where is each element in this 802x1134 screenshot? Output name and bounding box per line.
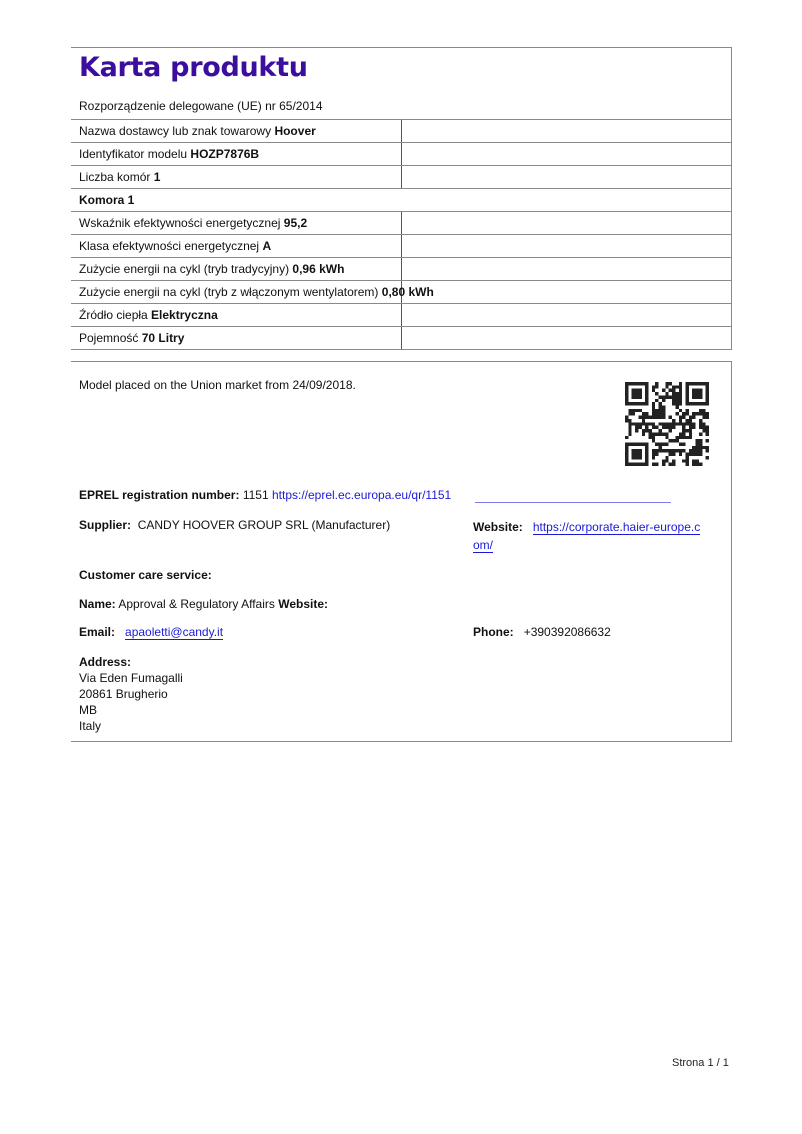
row-value: Hoover (274, 124, 315, 138)
address-line: MB (79, 702, 183, 718)
website-link-continued[interactable]: om/ (473, 538, 493, 553)
table-row: Klasa efektywności energetycznej A (71, 234, 731, 257)
row-label: Zużycie energii na cykl (tryb tradycyjny… (79, 262, 289, 276)
phone-line: Phone: +390392086632 (473, 625, 611, 639)
address-block: Address: Via Eden Fumagalli 20861 Brughe… (79, 654, 183, 734)
email-label: Email: (79, 625, 115, 639)
row-label: Identyfikator modelu (79, 147, 187, 161)
eprel-link[interactable]: https://eprel.ec.europa.eu/qr/1151 (272, 488, 451, 502)
table-row: Zużycie energii na cykl (tryb z włączony… (71, 280, 731, 303)
supplier-info-box: Model placed on the Union market from 24… (71, 361, 732, 742)
row-label: Pojemność (79, 331, 138, 345)
phone-value: +390392086632 (524, 625, 611, 639)
name-label: Name: (79, 597, 116, 611)
table-row: Pojemność 70 Litry (71, 326, 731, 350)
link-underline-divider (475, 502, 671, 503)
website-link[interactable]: https://corporate.haier-europe.c (533, 520, 700, 535)
supplier-label: Supplier: (79, 518, 131, 532)
product-sheet-table: Karta produktu Rozporządzenie delegowane… (71, 47, 732, 350)
table-row: Wskaźnik efektywności energetycznej 95,2 (71, 211, 731, 234)
customer-care-label: Customer care service: (79, 568, 212, 582)
table-row: Źródło ciepła Elektryczna (71, 303, 731, 326)
row-value: A (262, 239, 271, 253)
phone-label: Phone: (473, 625, 514, 639)
row-label: Nazwa dostawcy lub znak towarowy (79, 124, 271, 138)
row-value: HOZP7876B (190, 147, 259, 161)
row-value: Elektryczna (151, 308, 218, 322)
page-number: Strona 1 / 1 (672, 1057, 729, 1069)
website-label: Website: (473, 520, 523, 534)
eprel-label: EPREL registration number: (79, 488, 239, 502)
name-value: Approval & Regulatory Affairs (118, 597, 275, 611)
eprel-number: 1151 (243, 488, 269, 502)
table-row: Komora 1 (71, 188, 731, 211)
row-label: Źródło ciepła (79, 308, 148, 322)
table-row: Liczba komór 1 (71, 165, 731, 188)
row-value: Komora 1 (79, 193, 134, 207)
name-line: Name: Approval & Regulatory Affairs Webs… (79, 597, 328, 611)
row-value: 95,2 (284, 216, 307, 230)
website-block: Website: https://corporate.haier-europe.… (473, 518, 700, 554)
address-line: 20861 Brugherio (79, 686, 183, 702)
supplier-value: CANDY HOOVER GROUP SRL (Manufacturer) (138, 518, 391, 532)
address-line: Via Eden Fumagalli (79, 670, 183, 686)
row-label: Liczba komór (79, 170, 150, 184)
email-line: Email: apaoletti@candy.it (79, 625, 223, 639)
page-title: Karta produktu (71, 48, 731, 92)
row-label: Klasa efektywności energetycznej (79, 239, 259, 253)
table-row: Zużycie energii na cykl (tryb tradycyjny… (71, 257, 731, 280)
supplier-line: Supplier: CANDY HOOVER GROUP SRL (Manufa… (79, 518, 390, 532)
address-line: Italy (79, 718, 183, 734)
email-link[interactable]: apaoletti@candy.it (125, 625, 223, 640)
eprel-line: EPREL registration number: 1151 https://… (79, 488, 451, 502)
row-label: Wskaźnik efektywności energetycznej (79, 216, 280, 230)
row-value: 1 (154, 170, 161, 184)
row-label: Zużycie energii na cykl (tryb z włączony… (79, 285, 378, 299)
qr-code-icon[interactable] (625, 382, 709, 466)
row-value: 0,96 kWh (292, 262, 344, 276)
regulation-subtitle: Rozporządzenie delegowane (UE) nr 65/201… (71, 92, 731, 119)
table-row: Nazwa dostawcy lub znak towarowy Hoover (71, 119, 731, 142)
row-value: 0,80 kWh (382, 285, 434, 299)
table-row: Identyfikator modelu HOZP7876B (71, 142, 731, 165)
name-website-label: Website: (278, 597, 328, 611)
address-label: Address: (79, 654, 183, 670)
market-date-text: Model placed on the Union market from 24… (79, 378, 356, 392)
row-value: 70 Litry (142, 331, 185, 345)
